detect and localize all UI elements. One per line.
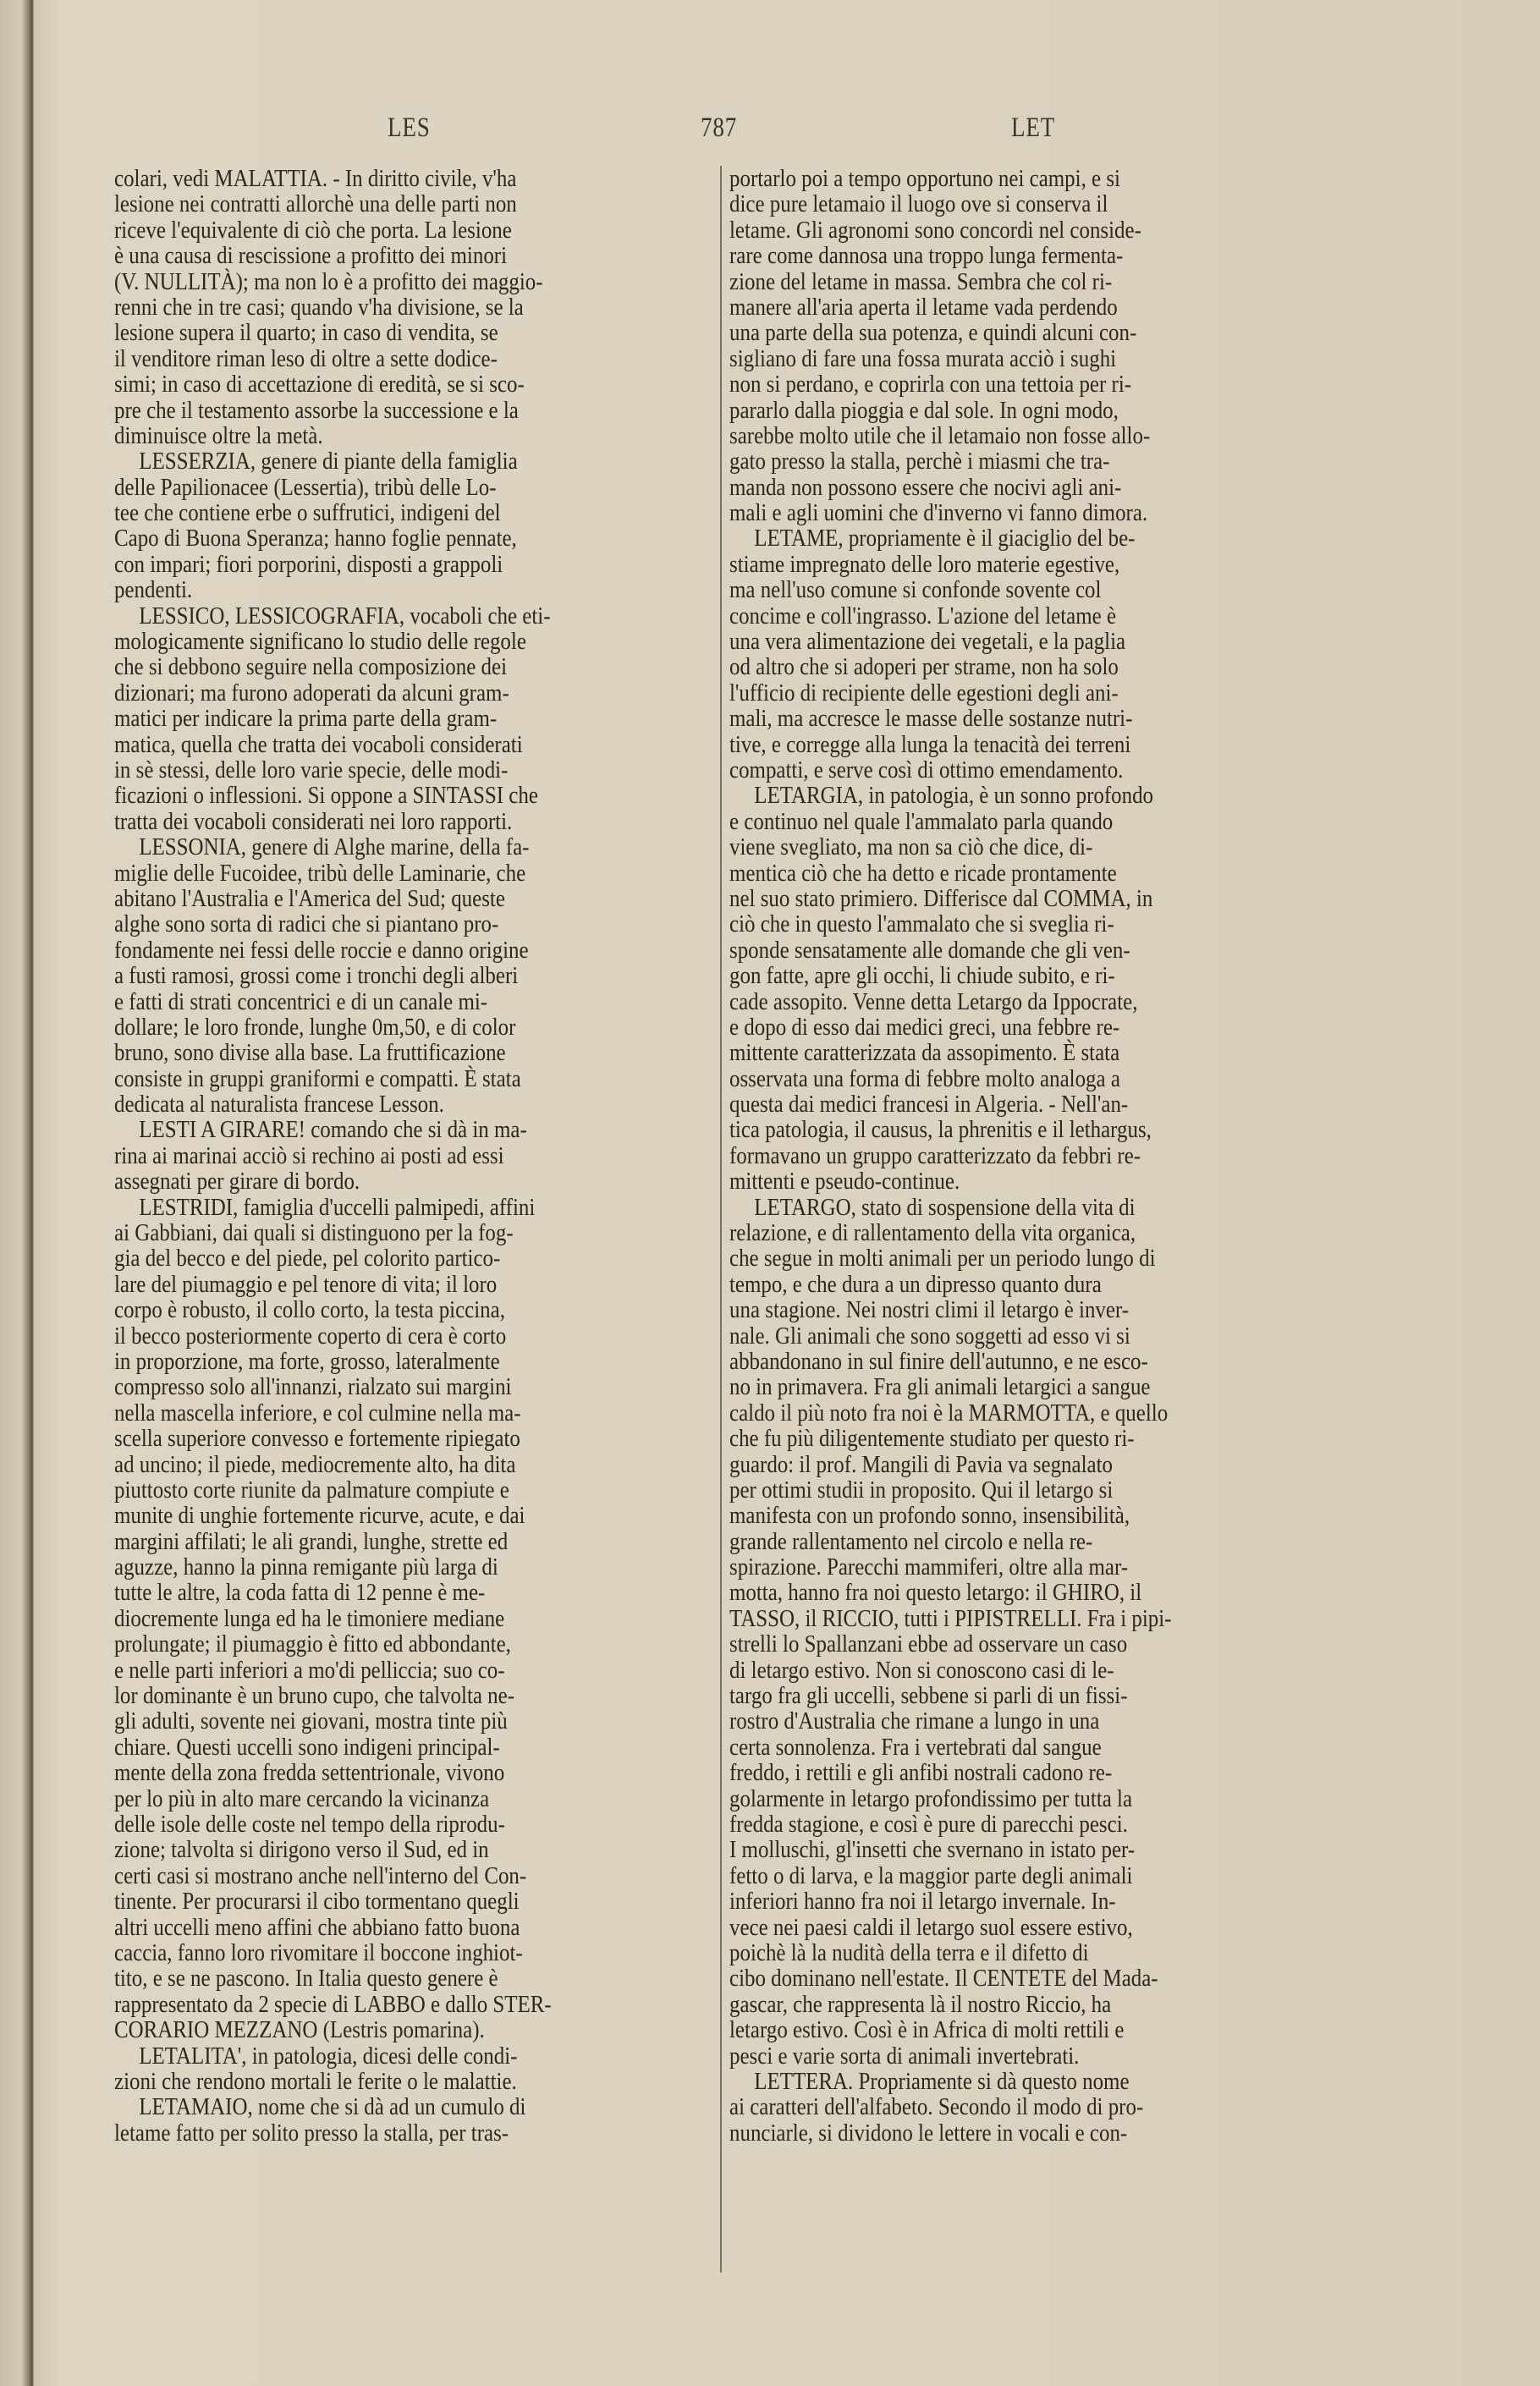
text-line: dizionari; ma furono adoperati da alcuni… xyxy=(114,680,616,706)
text-line: pendenti. xyxy=(114,577,616,602)
text-line: strelli lo Spallanzani ebbe ad osservare… xyxy=(729,1631,1247,1657)
entry-headword-line: LESSONIA, genere di Alghe marine, della … xyxy=(114,834,616,860)
text-line: tica patologia, il causus, la phrenitis … xyxy=(729,1117,1247,1142)
text-line: mittente caratterizzata da assopimento. … xyxy=(729,1040,1247,1065)
text-line: (V. NULLITÀ); ma non lo è a profitto dei… xyxy=(114,269,616,294)
entry-headword-line: LESSICO, LESSICOGRAFIA, vocaboli che eti… xyxy=(114,603,616,629)
text-line: una stagione. Nei nostri climi il letarg… xyxy=(729,1297,1247,1322)
text-line: cibo dominano nell'estate. Il CENTETE de… xyxy=(729,1965,1247,1991)
text-line: concime e coll'ingrasso. L'azione del le… xyxy=(729,603,1247,629)
text-line: compresso solo all'innanzi, rialzato sui… xyxy=(114,1374,616,1399)
text-line: guardo: il prof. Mangili di Pavia va seg… xyxy=(729,1452,1247,1477)
text-line: pesci e varie sorta di animali invertebr… xyxy=(729,2043,1247,2069)
text-line: con impari; fiori porporini, disposti a … xyxy=(114,552,616,577)
text-line: scella superiore convesso e fortemente r… xyxy=(114,1426,616,1451)
text-line: di letargo estivo. Non si conoscono casi… xyxy=(729,1658,1247,1683)
text-line: viene svegliato, ma non sa ciò che dice,… xyxy=(729,834,1247,860)
text-line: lesione supera il quarto; in caso di ven… xyxy=(114,320,616,345)
text-line: sarebbe molto utile che il letamaio non … xyxy=(729,423,1247,448)
text-line: è una causa di rescissione a profitto de… xyxy=(114,243,616,268)
text-line: freddo, i rettili e gli anfibi nostrali … xyxy=(729,1760,1247,1785)
text-line: lesione nei contratti allorchè una delle… xyxy=(114,191,616,217)
text-line: a fusti ramosi, grossi come i tronchi de… xyxy=(114,963,616,988)
text-line: il venditore riman leso di oltre a sette… xyxy=(114,346,616,371)
text-line: una parte della sua potenza, e quindi al… xyxy=(729,320,1247,345)
text-line: vece nei paesi caldi il letargo suol ess… xyxy=(729,1915,1247,1940)
text-line: consiste in gruppi graniformi e compatti… xyxy=(114,1066,616,1091)
text-line: alghe sono sorta di radici che si pianta… xyxy=(114,911,616,937)
text-line: matici per indicare la prima parte della… xyxy=(114,706,616,731)
text-line: osservata una forma di febbre molto anal… xyxy=(729,1066,1247,1091)
text-line: compatti, e serve così di ottimo emendam… xyxy=(729,757,1247,783)
text-line: stiame impregnato delle loro materie ege… xyxy=(729,552,1247,577)
text-line: od altro che si adoperi per strame, non … xyxy=(729,654,1247,679)
text-line: aguzze, hanno la pinna remigante più lar… xyxy=(114,1554,616,1580)
text-line: portarlo poi a tempo opportuno nei campi… xyxy=(729,166,1247,191)
text-line: mente della zona fredda settentrionale, … xyxy=(114,1760,616,1785)
text-line: pararlo dalla pioggia e dal sole. In ogn… xyxy=(729,398,1247,423)
text-line: fetto o di larva, e la maggior parte deg… xyxy=(729,1863,1247,1888)
text-line: che si debbono seguire nella composizion… xyxy=(114,654,616,679)
text-line: per lo più in alto mare cercando la vici… xyxy=(114,1786,616,1811)
entry-headword-line: LETALITA', in patologia, dicesi delle co… xyxy=(114,2043,616,2069)
text-line: ai caratteri dell'alfabeto. Secondo il m… xyxy=(729,2094,1247,2119)
text-line: manifesta con un profondo sonno, insensi… xyxy=(729,1503,1247,1528)
text-line: nella mascella inferiore, e col culmine … xyxy=(114,1400,616,1426)
text-line: matica, quella che tratta dei vocaboli c… xyxy=(114,732,616,757)
text-line: manda non possono essere che nocivi agli… xyxy=(729,475,1247,500)
text-line: in proporzione, ma forte, grosso, latera… xyxy=(114,1349,616,1374)
text-line: sigliano di fare una fossa murata acciò … xyxy=(729,346,1247,371)
text-line: rostro d'Australia che rimane a lungo in… xyxy=(729,1708,1247,1734)
text-line: manere all'aria aperta il letame vada pe… xyxy=(729,294,1247,320)
text-line: rina ai marinai acciò si rechino ai post… xyxy=(114,1143,616,1168)
text-line: spirazione. Parecchi mammiferi, oltre al… xyxy=(729,1554,1247,1580)
running-head-left: LES xyxy=(388,113,431,144)
text-line: lor dominante è un bruno cupo, che talvo… xyxy=(114,1683,616,1708)
text-line: sponde sensatamente alle domande che gli… xyxy=(729,937,1247,963)
text-line: ma nell'uso comune si confonde sovente c… xyxy=(729,577,1247,602)
text-line: corpo è robusto, il collo corto, la test… xyxy=(114,1297,616,1322)
text-column-left: colari, vedi MALATTIA. - In diritto civi… xyxy=(114,166,698,2146)
text-line: simi; in caso di accettazione di eredità… xyxy=(114,371,616,397)
text-line: tutte le altre, la coda fatta di 12 penn… xyxy=(114,1580,616,1605)
text-line: tive, e corregge alla lunga la tenacità … xyxy=(729,732,1247,757)
text-line: tratta dei vocaboli considerati nei loro… xyxy=(114,809,616,834)
text-line: gon fatte, apre gli occhi, li chiude sub… xyxy=(729,963,1247,988)
text-line: dollare; le loro fronde, lunghe 0m,50, e… xyxy=(114,1014,616,1040)
text-line: margini affilati; le ali grandi, lunghe,… xyxy=(114,1529,616,1554)
text-line: una vera alimentazione dei vegetali, e l… xyxy=(729,629,1247,654)
entry-headword-line: LETTERA. Propriamente si dà questo nome xyxy=(729,2069,1247,2094)
text-line: questa dai medici francesi in Algeria. -… xyxy=(729,1091,1247,1117)
text-line: mologicamente significano lo studio dell… xyxy=(114,629,616,654)
text-line: cade assopito. Venne detta Letargo da Ip… xyxy=(729,989,1247,1014)
text-line: il becco posteriormente coperto di cera … xyxy=(114,1323,616,1349)
text-line: delle Papilionacee (Lessertia), tribù de… xyxy=(114,475,616,500)
text-line: gascar, che rappresenta là il nostro Ric… xyxy=(729,1992,1247,2017)
text-line: abitano l'Australia e l'America del Sud;… xyxy=(114,886,616,911)
text-line: tito, e se ne pascono. In Italia questo … xyxy=(114,1965,616,1991)
text-line: Capo di Buona Speranza; hanno foglie pen… xyxy=(114,525,616,551)
text-line: tempo, e che dura a un dipresso quanto d… xyxy=(729,1272,1247,1297)
text-line: in sè stessi, delle loro varie specie, d… xyxy=(114,757,616,783)
text-line: targo fra gli uccelli, sebbene si parli … xyxy=(729,1683,1247,1708)
text-line: abbandonano in sul finire dell'autunno, … xyxy=(729,1349,1247,1374)
text-line: prolungate; il piumaggio è fitto ed abbo… xyxy=(114,1631,616,1657)
text-line: zione del letame in massa. Sembra che co… xyxy=(729,269,1247,294)
text-line: piuttosto corte riunite da palmature com… xyxy=(114,1477,616,1503)
text-line: che segue in molti animali per un period… xyxy=(729,1245,1247,1271)
text-line: relazione, e di rallentamento della vita… xyxy=(729,1220,1247,1245)
text-line: e continuo nel quale l'ammalato parla qu… xyxy=(729,809,1247,834)
text-line: dice pure letamaio il luogo ove si conse… xyxy=(729,191,1247,217)
text-line: mentica ciò che ha detto e ricade pronta… xyxy=(729,860,1247,886)
text-line: nunciarle, si dividono le lettere in voc… xyxy=(729,2120,1247,2146)
text-line: golarmente in letargo profondissimo per … xyxy=(729,1786,1247,1811)
text-line: altri uccelli meno affini che abbiano fa… xyxy=(114,1915,616,1940)
text-line: rare come dannosa una troppo lunga ferme… xyxy=(729,243,1247,268)
entry-headword-line: LETAME, propriamente è il giaciglio del … xyxy=(729,525,1247,551)
text-line: TASSO, il RICCIO, tutti i PIPISTRELLI. F… xyxy=(729,1606,1247,1631)
text-line: certa sonnolenza. Fra i vertebrati dal s… xyxy=(729,1735,1247,1760)
text-line: che fu più diligentemente studiato per q… xyxy=(729,1426,1247,1451)
text-line: l'ufficio di recipiente delle egestioni … xyxy=(729,680,1247,706)
entry-headword-line: LESSERZIA, genere di piante della famigl… xyxy=(114,448,616,474)
text-line: nale. Gli animali che sono soggetti ad e… xyxy=(729,1323,1247,1349)
text-line: ciò che in questo l'ammalato che si sveg… xyxy=(729,911,1247,937)
text-line: letame. Gli agronomi sono concordi nel c… xyxy=(729,217,1247,243)
text-column-right: portarlo poi a tempo opportuno nei campi… xyxy=(729,166,1332,2146)
entry-headword-line: LESTI A GIRARE! comando che si dà in ma- xyxy=(114,1117,616,1142)
text-line: grande rallentamento nel circolo e nella… xyxy=(729,1529,1247,1554)
text-line: chiare. Questi uccelli sono indigeni pri… xyxy=(114,1735,616,1760)
text-line: munite di unghie fortemente ricurve, acu… xyxy=(114,1503,616,1528)
text-line: renni che in tre casi; quando v'ha divis… xyxy=(114,294,616,320)
text-line: gia del becco e del piede, pel colorito … xyxy=(114,1245,616,1271)
text-line: mali e agli uomini che d'inverno vi fann… xyxy=(729,500,1247,525)
text-line: rappresentato da 2 specie di LABBO e dal… xyxy=(114,1992,616,2017)
text-line: nel suo stato primiero. Differisce dal C… xyxy=(729,886,1247,911)
text-line: CORARIO MEZZANO (Lestris pomarina). xyxy=(114,2017,616,2042)
text-line: diocremente lunga ed ha le timoniere med… xyxy=(114,1606,616,1631)
text-line: letargo estivo. Così è in Africa di molt… xyxy=(729,2017,1247,2042)
text-line: tee che contiene erbe o suffrutici, indi… xyxy=(114,500,616,525)
text-line: colari, vedi MALATTIA. - In diritto civi… xyxy=(114,166,616,191)
text-line: dedicata al naturalista francese Lesson. xyxy=(114,1091,616,1117)
text-line: zioni che rendono mortali le ferite o le… xyxy=(114,2069,616,2094)
text-line: poichè là la nudità della terra e il dif… xyxy=(729,1940,1247,1965)
text-line: ficazioni o inflessioni. Si oppone a SIN… xyxy=(114,783,616,808)
text-line: motta, hanno fra noi questo letargo: il … xyxy=(729,1580,1247,1605)
text-line: mali, ma accresce le masse delle sostanz… xyxy=(729,706,1247,731)
text-line: mittenti e pseudo-continue. xyxy=(729,1168,1247,1194)
text-line: caccia, fanno loro rivomitare il boccone… xyxy=(114,1940,616,1965)
text-line: formavano un gruppo caratterizzato da fe… xyxy=(729,1143,1247,1168)
text-line: letame fatto per solito presso la stalla… xyxy=(114,2120,616,2146)
text-line: gli adulti, sovente nei giovani, mostra … xyxy=(114,1708,616,1734)
page-number: 787 xyxy=(701,113,737,144)
running-head-right: LET xyxy=(1011,113,1055,144)
text-line: no in primavera. Fra gli animali letargi… xyxy=(729,1374,1247,1399)
text-line: e dopo di esso dai medici greci, una feb… xyxy=(729,1014,1247,1040)
text-line: delle isole delle coste nel tempo della … xyxy=(114,1811,616,1837)
text-line: diminuisce oltre la metà. xyxy=(114,423,616,448)
text-line: e fatti di strati concentrici e di un ca… xyxy=(114,989,616,1014)
text-line: per ottimi studii in proposito. Qui il l… xyxy=(729,1477,1247,1503)
text-line: pre che il testamento assorbe la success… xyxy=(114,398,616,423)
text-line: riceve l'equivalente di ciò che porta. L… xyxy=(114,217,616,243)
text-line: ad uncino; il piede, mediocremente alto,… xyxy=(114,1452,616,1477)
entry-headword-line: LESTRIDI, famiglia d'uccelli palmipedi, … xyxy=(114,1195,616,1220)
text-line: tinente. Per procurarsi il cibo tormenta… xyxy=(114,1888,616,1914)
book-binding-edge xyxy=(0,0,34,2386)
text-line: gato presso la stalla, perchè i miasmi c… xyxy=(729,448,1247,474)
entry-headword-line: LETARGO, stato di sospensione della vita… xyxy=(729,1195,1247,1220)
entry-headword-line: LETARGIA, in patologia, è un sonno profo… xyxy=(729,783,1247,808)
text-line: I molluschi, gl'insetti che svernano in … xyxy=(729,1837,1247,1862)
text-line: fredda stagione, e così è pure di parecc… xyxy=(729,1811,1247,1837)
text-line: bruno, sono divise alla base. La fruttif… xyxy=(114,1040,616,1065)
text-line: caldo il più noto fra noi è la MARMOTTA,… xyxy=(729,1400,1247,1426)
column-divider xyxy=(720,166,722,2273)
text-line: inferiori hanno fra noi il letargo inver… xyxy=(729,1888,1247,1914)
entry-headword-line: LETAMAIO, nome che si dà ad un cumulo di xyxy=(114,2094,616,2119)
text-line: certi casi si mostrano anche nell'intern… xyxy=(114,1863,616,1888)
text-line: lare del piumaggio e pel tenore di vita;… xyxy=(114,1272,616,1297)
text-line: non si perdano, e coprirla con una tetto… xyxy=(729,371,1247,397)
text-line: zione; talvolta si dirigono verso il Sud… xyxy=(114,1837,616,1862)
text-line: e nelle parti inferiori a mo'di pellicci… xyxy=(114,1658,616,1683)
text-line: miglie delle Fucoidee, tribù delle Lamin… xyxy=(114,860,616,886)
text-line: assegnati per girare di bordo. xyxy=(114,1168,616,1194)
text-line: fondamente nei fessi delle roccie e dann… xyxy=(114,937,616,963)
text-line: ai Gabbiani, dai quali si distinguono pe… xyxy=(114,1220,616,1245)
